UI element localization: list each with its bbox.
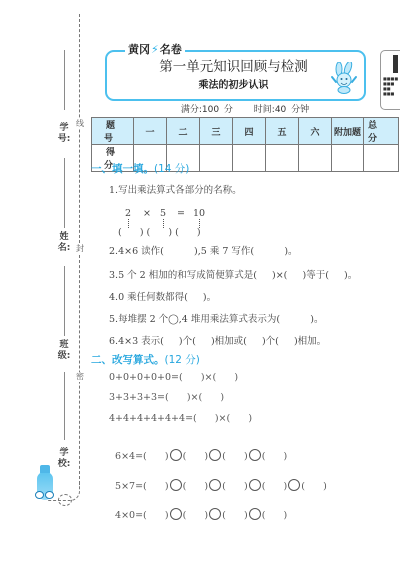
answer-blank[interactable]: ) bbox=[226, 451, 248, 462]
answer-blank[interactable]: ) bbox=[186, 451, 208, 462]
column-header: 三 bbox=[200, 118, 233, 145]
operator-circle[interactable] bbox=[249, 449, 261, 461]
factor-b: 5 bbox=[160, 208, 166, 219]
operator-circle[interactable] bbox=[209, 508, 221, 520]
glasses-icon bbox=[35, 484, 55, 490]
brand-logo: 黄冈⚡名卷 bbox=[125, 43, 185, 56]
expression: 6×4=( bbox=[115, 451, 147, 462]
question-5[interactable]: 5.每堆摆 2 个◯,4 堆用乘法算式表示为( )。 bbox=[109, 314, 323, 326]
bolt-icon: ⚡ bbox=[151, 43, 159, 56]
school-label: 学校: bbox=[55, 448, 73, 470]
full-score: 满分:100 分 bbox=[181, 105, 233, 115]
binding-line bbox=[64, 158, 65, 228]
operator-circle[interactable] bbox=[249, 508, 261, 520]
section-2-points: (12 分) bbox=[165, 354, 200, 366]
product: 10 bbox=[193, 208, 205, 219]
question-3[interactable]: 3.5 个 2 相加的和写成简便算式是( )×( )等于( )。 bbox=[109, 270, 357, 282]
rewrite-row-4x0[interactable]: 4×0=( )( )( )( ) bbox=[109, 496, 287, 522]
answer-blank[interactable]: ) bbox=[186, 481, 208, 492]
cut-mark: 封 bbox=[74, 244, 86, 254]
time-limit: 时间:40 分钟 bbox=[254, 105, 309, 115]
score-cell[interactable] bbox=[299, 145, 332, 172]
scissor-circle bbox=[58, 494, 72, 506]
student-name-label: 姓名: bbox=[55, 232, 73, 254]
operator-circle[interactable] bbox=[209, 449, 221, 461]
question-6[interactable]: 6.4×3 表示( )个( )相加或( )个( )相加。 bbox=[109, 336, 326, 348]
times-sign: × bbox=[143, 208, 151, 219]
cut-mark: 线 bbox=[74, 119, 86, 129]
bunny-mascot-icon bbox=[330, 62, 358, 94]
rewrite-row[interactable]: 3+3+3+3=( )×( ) bbox=[109, 392, 224, 404]
column-header: 五 bbox=[266, 118, 299, 145]
rewrite-row-6x4[interactable]: 6×4=( )( )( )( ) bbox=[109, 437, 287, 463]
part-name-blanks[interactable]: ( ) ( ) ( ) bbox=[118, 227, 201, 238]
operator-circle[interactable] bbox=[209, 479, 221, 491]
rewrite-row[interactable]: 0+0+0+0+0=( )×( ) bbox=[109, 372, 238, 384]
operator-circle[interactable] bbox=[249, 479, 261, 491]
class-label: 班级: bbox=[55, 340, 73, 362]
answer-blank[interactable]: ) bbox=[265, 510, 287, 521]
operator-circle[interactable] bbox=[170, 449, 182, 461]
column-header: 四 bbox=[233, 118, 266, 145]
answer-blank[interactable]: ) bbox=[226, 481, 248, 492]
answer-blank[interactable]: ) bbox=[305, 481, 327, 492]
answer-blank[interactable]: ) bbox=[147, 510, 169, 521]
question-1: 1.写出乘法算式各部分的名称。 bbox=[109, 185, 242, 197]
column-header: 一 bbox=[134, 118, 167, 145]
operator-circle[interactable] bbox=[170, 479, 182, 491]
binding-line bbox=[64, 50, 65, 110]
exam-info: 满分:100 分 时间:40 分钟 bbox=[90, 102, 400, 115]
binding-line bbox=[64, 372, 65, 440]
section-1-points: (14 分) bbox=[154, 163, 189, 175]
question-2[interactable]: 2.4×6 读作( ),5 乘 7 写作( )。 bbox=[109, 246, 298, 258]
score-cell[interactable] bbox=[233, 145, 266, 172]
student-id-label: 学号: bbox=[55, 123, 73, 145]
score-cell[interactable] bbox=[266, 145, 299, 172]
answer-blank[interactable]: ) bbox=[265, 481, 287, 492]
score-cell[interactable] bbox=[364, 145, 399, 172]
answer-blank[interactable]: ) bbox=[265, 451, 287, 462]
logo-left-text: 黄冈 bbox=[128, 43, 150, 56]
expression: 5×7=( bbox=[115, 481, 147, 492]
column-header: 总 分 bbox=[364, 118, 399, 145]
section-1-title: 一、填一填。(14 分) bbox=[91, 163, 189, 176]
table-header-row: 题 号 一 二 三 四 五 六 附加题 总 分 bbox=[92, 118, 399, 145]
page-subtitle: 乘法的初步认识 bbox=[105, 80, 362, 92]
rewrite-row[interactable]: 4+4+4+4+4+4=( )×( ) bbox=[109, 413, 252, 425]
equals-sign: = bbox=[177, 208, 185, 219]
answer-blank[interactable]: ) bbox=[226, 510, 248, 521]
answer-blank[interactable]: ) bbox=[147, 481, 169, 492]
column-header: 六 bbox=[299, 118, 332, 145]
answer-blank[interactable]: ) bbox=[147, 451, 169, 462]
operator-circle[interactable] bbox=[288, 479, 300, 491]
answer-blank[interactable]: ) bbox=[186, 510, 208, 521]
rewrite-row-5x7[interactable]: 5×7=( )( )( )( )( ) bbox=[109, 467, 327, 493]
section-2-heading: 二、改写算式。 bbox=[91, 354, 165, 366]
binding-line bbox=[64, 266, 65, 336]
question-4[interactable]: 4.0 乘任何数都得( )。 bbox=[109, 292, 216, 304]
score-cell[interactable] bbox=[200, 145, 233, 172]
expression: 4×0=( bbox=[115, 510, 147, 521]
column-header: 二 bbox=[167, 118, 200, 145]
page-title: 第一单元知识回顾与检测 bbox=[105, 59, 362, 75]
logo-right-text: 名卷 bbox=[160, 43, 182, 56]
row-label-question-no: 题 号 bbox=[92, 118, 134, 145]
factor-a: 2 bbox=[125, 208, 131, 219]
section-2-title: 二、改写算式。(12 分) bbox=[91, 354, 200, 367]
section-1-heading: 一、填一填。 bbox=[91, 163, 154, 175]
cut-mark: 密 bbox=[74, 372, 86, 382]
operator-circle[interactable] bbox=[170, 508, 182, 520]
side-preview-card: ■■■■■■■■■■■■ bbox=[380, 50, 400, 110]
column-header: 附加题 bbox=[332, 118, 364, 145]
score-cell[interactable] bbox=[332, 145, 364, 172]
title-frame bbox=[105, 50, 366, 101]
